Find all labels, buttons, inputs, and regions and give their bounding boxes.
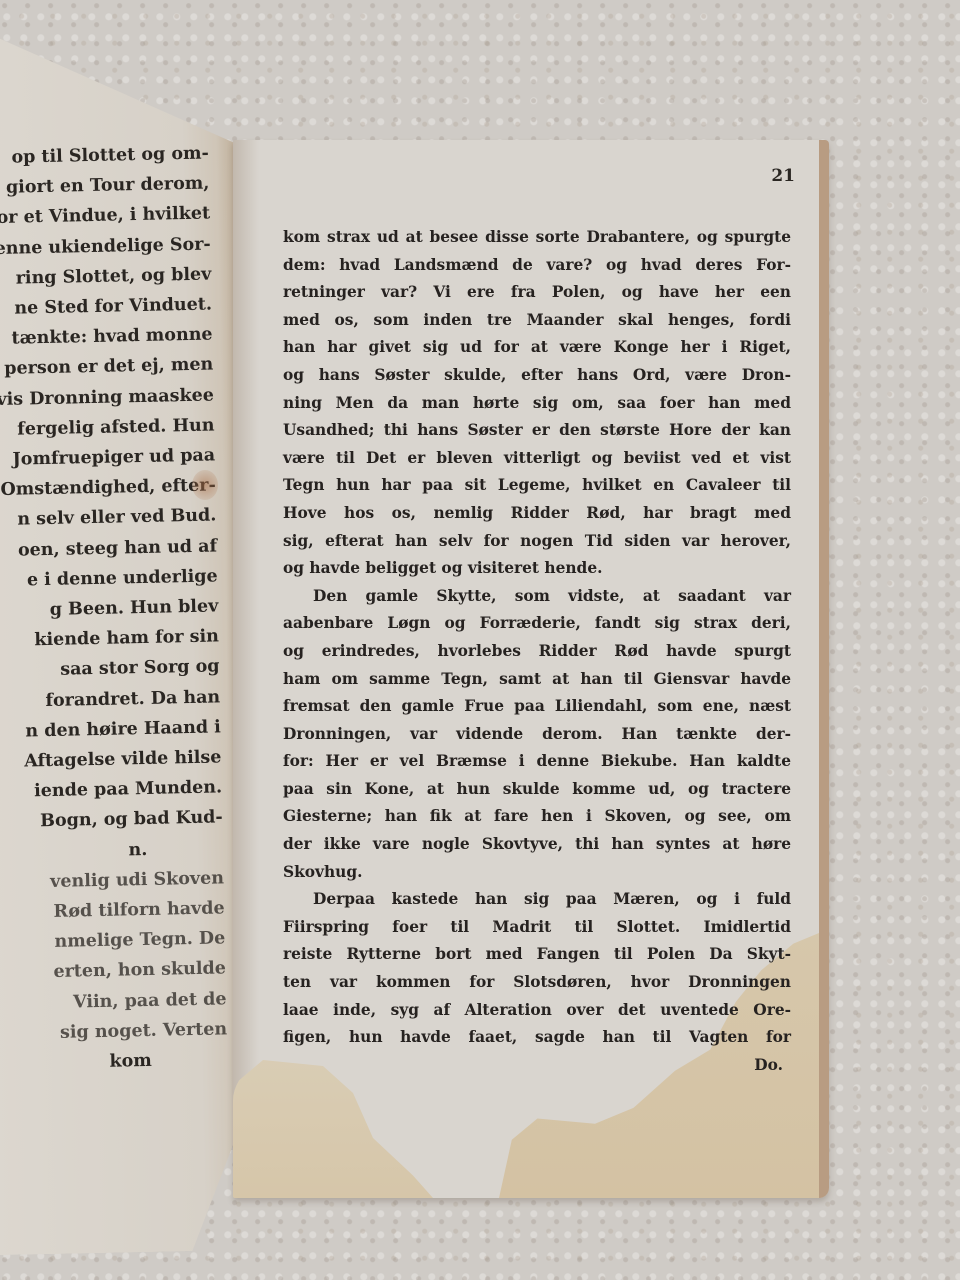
text-line: Skovhug. bbox=[283, 859, 791, 887]
left-page: op til Slottet og om-giort en Tour derom… bbox=[0, 20, 258, 1255]
text-line: ham om samme Tegn, samt at han til Giens… bbox=[283, 666, 791, 694]
right-page: 21 kom strax ud at besee disse sorte Dra… bbox=[233, 140, 829, 1198]
text-line: laae inde, syg af Alteration over det uv… bbox=[283, 997, 791, 1025]
text-line: fremsat den gamle Frue paa Liliendahl, s… bbox=[283, 693, 791, 721]
text-line: kom bbox=[0, 1044, 228, 1080]
text-line: Hove hos os, nemlig Ridder Rød, har brag… bbox=[283, 500, 791, 528]
text-line: Fiirspring foer til Madrit til Slottet. … bbox=[283, 914, 791, 942]
text-line: og hans Søster skulde, efter hans Ord, v… bbox=[283, 362, 791, 390]
text-line: med os, som inden tre Maander skal henge… bbox=[283, 307, 791, 335]
text-line: Derpaa kastede han sig paa Mæren, og i f… bbox=[283, 886, 791, 914]
text-line: Den gamle Skytte, som vidste, at saadant… bbox=[283, 583, 791, 611]
text-line: paa sin Kone, at hun skulde komme ud, og… bbox=[283, 776, 791, 804]
text-line: dem: hvad Landsmænd de vare? og hvad der… bbox=[283, 252, 791, 280]
text-line: være til Det er bleven vitterligt og bev… bbox=[283, 445, 791, 473]
text-line: reiste Rytterne bort med Fangen til Pole… bbox=[283, 941, 791, 969]
text-line: for: Her er vel Bræmse i denne Biekube. … bbox=[283, 748, 791, 776]
text-line: og havde beligget og visiteret hende. bbox=[283, 555, 791, 583]
text-line: Do. bbox=[283, 1052, 791, 1080]
text-line: Usandhed; thi hans Søster er den største… bbox=[283, 417, 791, 445]
left-page-text: op til Slottet og om-giort en Tour derom… bbox=[0, 139, 228, 1081]
fore-edge bbox=[819, 140, 829, 1198]
right-page-text: kom strax ud at besee disse sorte Draban… bbox=[283, 224, 791, 1079]
text-line: kom strax ud at besee disse sorte Draban… bbox=[283, 224, 791, 252]
text-line: der ikke vare nogle Skovtyve, thi han sy… bbox=[283, 831, 791, 859]
text-line: ten var kommen for Slotsdøren, hvor Dron… bbox=[283, 969, 791, 997]
text-line: aabenbare Løgn og Forræderie, fandt sig … bbox=[283, 610, 791, 638]
page-number: 21 bbox=[771, 166, 795, 186]
text-line: ning Men da man hørte sig om, saa foer h… bbox=[283, 390, 791, 418]
text-line: Dronningen, var vidende derom. Han tænkt… bbox=[283, 721, 791, 749]
text-line: Giesterne; han fik at fare hen i Skoven,… bbox=[283, 803, 791, 831]
text-line: sig noget. Verten bbox=[0, 1014, 227, 1050]
text-line: og erindredes, hvorlebes Ridder Rød havd… bbox=[283, 638, 791, 666]
text-line: Tegn hun har paa sit Legeme, hvilket en … bbox=[283, 472, 791, 500]
text-line: sig, efterat han selv for nogen Tid side… bbox=[283, 528, 791, 556]
text-line: han har givet sig ud for at være Konge h… bbox=[283, 334, 791, 362]
text-line: retninger var? Vi ere fra Polen, og have… bbox=[283, 279, 791, 307]
text-line: Bogn, og bad Kud- bbox=[0, 803, 223, 839]
rust-spot bbox=[192, 470, 218, 500]
gutter-shade bbox=[233, 140, 259, 1198]
text-line: figen, hun havde faaet, sagde han til Va… bbox=[283, 1024, 791, 1052]
